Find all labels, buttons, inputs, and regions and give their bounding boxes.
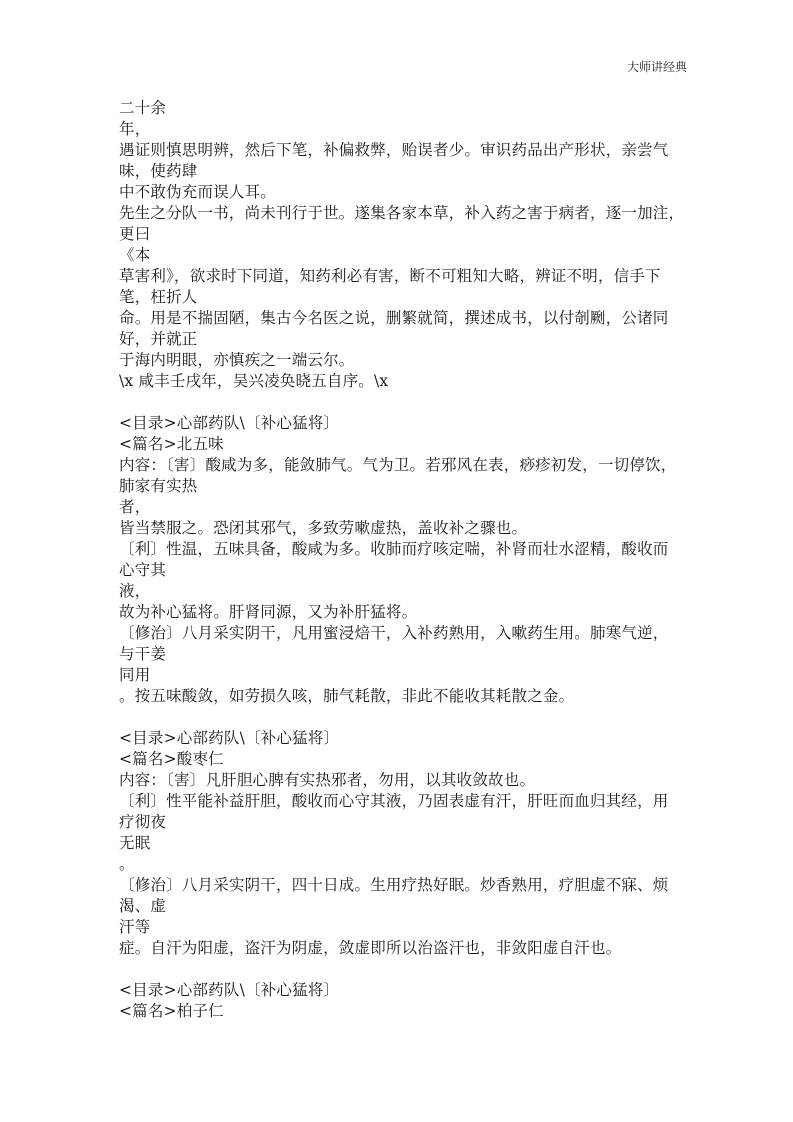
- text-line: 〔利〕性平能补益肝胆，酸收而心守其液，乃固表虚有汗，肝旺而血归其经，用: [119, 791, 689, 812]
- text-line: 液，: [119, 581, 689, 602]
- text-line: 。: [119, 854, 689, 875]
- text-line: 好，并就正: [119, 329, 689, 350]
- text-line: 汗等: [119, 917, 689, 938]
- text-line: 肺家有实热: [119, 476, 689, 497]
- text-line: 更曰: [119, 224, 689, 245]
- page-header-title: 大师讲经典: [627, 58, 687, 75]
- text-line: 于海内明眼，亦慎疾之一端云尔。: [119, 350, 689, 371]
- text-line: 渴、虚: [119, 896, 689, 917]
- text-line: 内容：〔害〕酸咸为多，能敛肺气。气为卫。若邪风在表，痧疹初发，一切停饮，: [119, 455, 689, 476]
- text-line: 〔修治〕八月采实阴干，凡用蜜浸焙干，入补药熟用，入嗽药生用。肺寒气逆，: [119, 623, 689, 644]
- blank-line: [119, 707, 689, 728]
- text-line: 《本: [119, 245, 689, 266]
- text-line: 遇证则慎思明辨，然后下笔，补偏救弊，贻误者少。审识药品出产形状，亲尝气: [119, 140, 689, 161]
- text-line: 〔修治〕八月采实阴干，四十日成。生用疗热好眠。炒香熟用，疗胆虚不寐、烦: [119, 875, 689, 896]
- text-line: 与干姜: [119, 644, 689, 665]
- document-body: 二十余 年， 遇证则慎思明辨，然后下笔，补偏救弊，贻误者少。审识药品出产形状，亲…: [119, 98, 689, 1022]
- text-line: 同用: [119, 665, 689, 686]
- section-title: <篇名>柏子仁: [119, 1001, 689, 1022]
- text-line: 心守其: [119, 560, 689, 581]
- text-line: 内容：〔害〕凡肝胆心脾有实热邪者，勿用，以其收敛故也。: [119, 770, 689, 791]
- text-line: 。按五味酸敛，如劳损久咳，肺气耗散，非此不能收其耗散之金。: [119, 686, 689, 707]
- text-line: \x 咸丰壬戌年，吴兴凌奂晓五自序。\x: [119, 371, 689, 392]
- text-line: 皆当禁服之。恐闭其邪气，多致劳嗽虚热，盖收补之骤也。: [119, 518, 689, 539]
- section-title: <篇名>酸枣仁: [119, 749, 689, 770]
- text-line: 二十余: [119, 98, 689, 119]
- text-line: 味，使药肆: [119, 161, 689, 182]
- section-title: <篇名>北五味: [119, 434, 689, 455]
- section-catalog: <目录>心部药队\〔补心猛将〕: [119, 728, 689, 749]
- section-catalog: <目录>心部药队\〔补心猛将〕: [119, 413, 689, 434]
- blank-line: [119, 959, 689, 980]
- text-line: 先生之分队一书，尚未刊行于世。遂集各家本草，补入药之害于病者，逐一加注，: [119, 203, 689, 224]
- text-line: 症。自汗为阳虚，盗汗为阴虚，敛虚即所以治盗汗也，非敛阳虚自汗也。: [119, 938, 689, 959]
- text-line: 故为补心猛将。肝肾同源，又为补肝猛将。: [119, 602, 689, 623]
- text-line: 笔，枉折人: [119, 287, 689, 308]
- section-catalog: <目录>心部药队\〔补心猛将〕: [119, 980, 689, 1001]
- text-line: 无眠: [119, 833, 689, 854]
- blank-line: [119, 392, 689, 413]
- text-line: 中不敢伪充而误人耳。: [119, 182, 689, 203]
- text-line: 命。用是不揣固陋，集古今名医之说，删繁就简，撰述成书，以付剞劂，公诸同: [119, 308, 689, 329]
- text-line: 者，: [119, 497, 689, 518]
- text-line: 〔利〕性温，五味具备，酸咸为多。收肺而疗咳定喘，补肾而壮水涩精，酸收而: [119, 539, 689, 560]
- text-line: 疗彻夜: [119, 812, 689, 833]
- text-line: 年，: [119, 119, 689, 140]
- text-line: 草害利》，欲求时下同道，知药利必有害，断不可粗知大略，辨证不明，信手下: [119, 266, 689, 287]
